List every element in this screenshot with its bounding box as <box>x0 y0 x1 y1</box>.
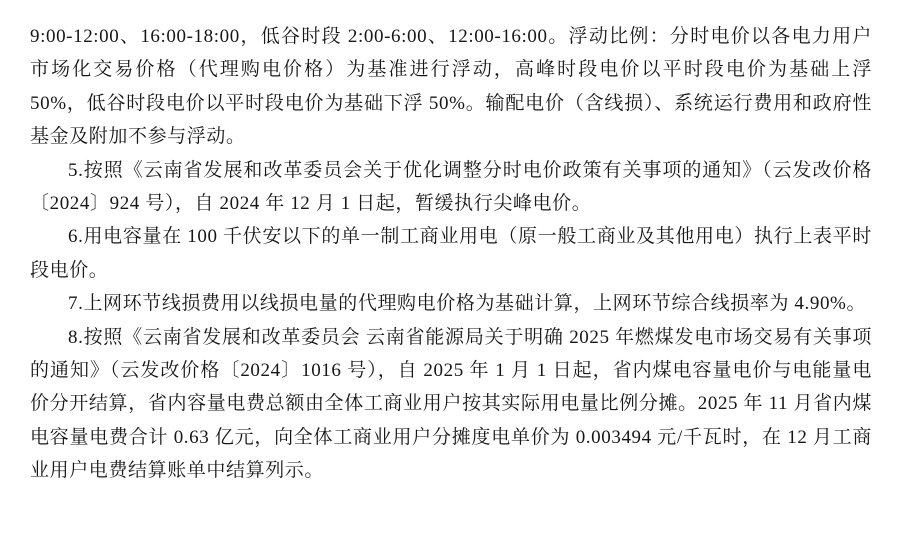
document-page: 9:00-12:00、16:00-18:00，低谷时段 2:00-6:00、12… <box>0 0 898 543</box>
paragraph-note-5: 5.按照《云南省发展和改革委员会关于优化调整分时电价政策有关事项的通知》（云发改… <box>30 154 872 221</box>
paragraph-tou-continuation: 9:00-12:00、16:00-18:00，低谷时段 2:00-6:00、12… <box>30 20 872 154</box>
paragraph-note-6: 6.用电容量在 100 千伏安以下的单一制工商业用电（原一般工商业及其他用电）执… <box>30 220 872 287</box>
paragraph-note-8: 8.按照《云南省发展和改革委员会 云南省能源局关于明确 2025 年燃煤发电市场… <box>30 321 872 488</box>
paragraph-note-7: 7.上网环节线损费用以线损电量的代理购电价格为基础计算，上网环节综合线损率为 4… <box>30 287 872 320</box>
